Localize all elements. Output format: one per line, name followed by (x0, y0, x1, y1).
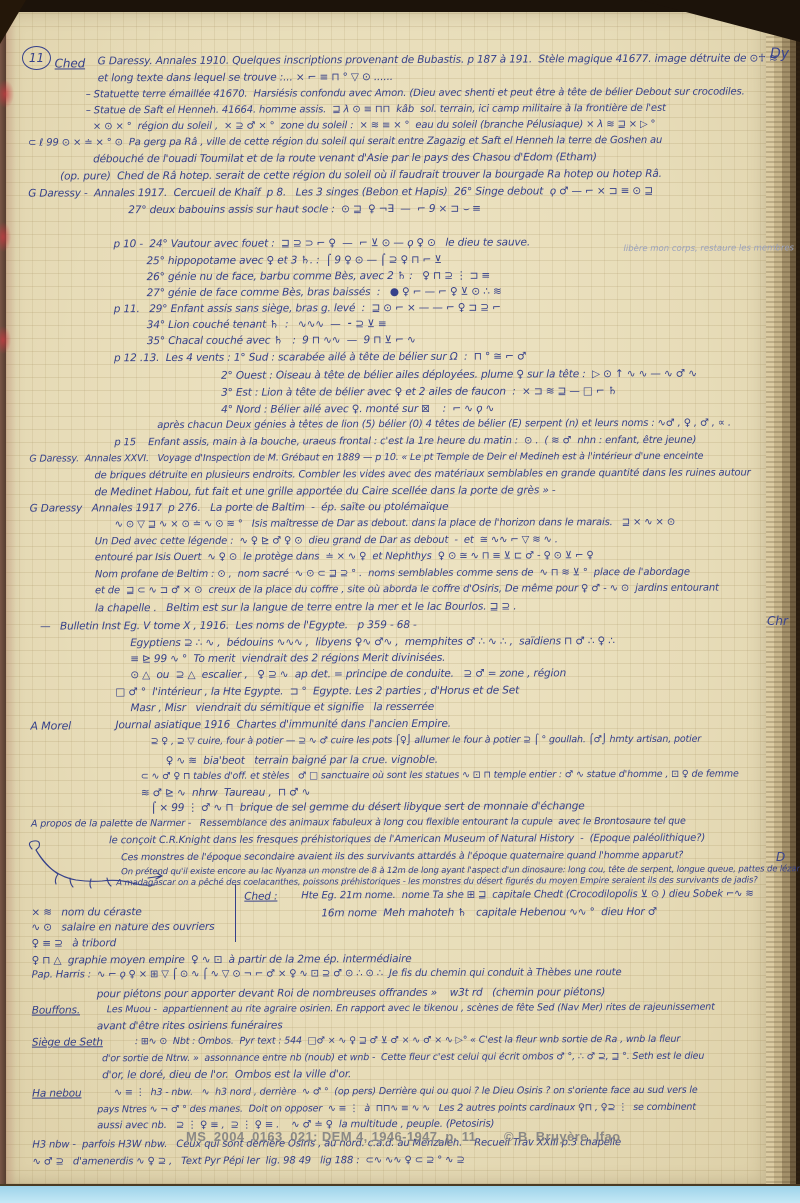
manuscript-line: ∿ ⊙ salaire en nature des ouvriers (31, 922, 214, 934)
manuscript-line: G Daressy - Annales 1917. Cercueil de Kh… (28, 186, 653, 200)
manuscript-line: Les Muou - appartiennent au rite agraire… (107, 1003, 715, 1016)
manuscript-line: Ched (55, 57, 85, 70)
manuscript-line: Un Ded avec cette légende : ∿ ♀ ⊵ ♂ ♀ ⊙ … (95, 535, 558, 548)
manuscript-line: ⊇ ♀ , ⊇ ▽ cuire, four à potier — ⊇ ∿ ♂ c… (151, 735, 701, 747)
manuscript-line: entouré par Isis Ouert ∿ ♀ ⊙ le protège … (95, 551, 594, 564)
manuscript-line: Egyptiens ⊇ ∴ ∿ , bédouins ∿∿∿ , libyens… (130, 636, 615, 649)
manuscript-line: la chapelle . Beltim est sur la langue d… (95, 601, 516, 614)
dinosaur-sketch (22, 840, 172, 892)
manuscript-line: Nom profane de Beltim : ⊙ , nom sacré ∿ … (95, 568, 690, 581)
manuscript-line: ≡ ⊵ 99 ∿ ° To merit viendrait des 2 régi… (130, 653, 445, 665)
manuscript-line: 25° hippopotame avec ♀ et 3 ♄. : ⌠ 9 ♀ ⊙… (146, 255, 441, 267)
manuscript-line: □ ♂ ° l'intérieur , la Hte Egypte. ⊐ ° E… (115, 685, 519, 698)
manuscript-line: Ces monstres de l'époque secondaire avai… (121, 851, 683, 863)
manuscript-line: débouché de l'ouadi Toumilat et de la ro… (93, 152, 597, 165)
manuscript-line: Ched : (244, 892, 277, 903)
watermark-id: MS_2004_0163_021: DEM 4, 1946-1947, p. 1… (186, 1129, 476, 1144)
edge-tab-dy: Dy (770, 46, 789, 62)
manuscript-line: Ha nebou (32, 1088, 81, 1099)
manuscript-line: p 15 Enfant assis, main à la bouche, ura… (114, 436, 696, 449)
manuscript-line: d'or, le doré, dieu de l'or. Ombos est l… (102, 1069, 351, 1081)
manuscript-line: G Daressy. Annales 1910. Quelques inscri… (98, 53, 778, 67)
manuscript-line: Siège de Seth (32, 1037, 103, 1048)
manuscript-line: 26° génie nu de face, barbu comme Bès, a… (147, 271, 491, 284)
manuscript-line: ♀ ∿ ≋ bia'beot terrain baigné par la cru… (166, 755, 438, 767)
manuscript-line: Hte Eg. 21m nome. nome Ta she ⊞ ⊒ capita… (301, 889, 753, 901)
manuscript-line: ∿ ♂ ⊇ d'amenerdis ∿ ♀ ⊇ , Text Pyr Pépi … (32, 1156, 464, 1168)
edge-tab-chr: Chr (767, 614, 788, 628)
manuscript-line: × ≋ nom du céraste (31, 907, 141, 918)
manuscript-line: × ⊙ × ° région du soleil , × ⊇ ♂ × ° zon… (93, 120, 656, 133)
scanned-notebook-photo: { "page": { "number": "11" }, "edge_tabs… (0, 0, 800, 1203)
manuscript-line: de briques détruite en plusieurs endroit… (94, 468, 750, 481)
manuscript-line: 2° Ouest : Oiseau à tête de bélier ailes… (221, 369, 697, 382)
manuscript-line: : ⊞∿ ⊙ Nbt : Ombos. Pyr text : 544 □♂ × … (135, 1035, 680, 1047)
manuscript-line: (op. pure) Ched de Râ hotep. serait de c… (60, 169, 662, 183)
manuscript-line: 16m nome Meh mahoteh ♄ capitale Hebenou … (321, 907, 657, 919)
manuscript-line: G Daressy Annales 1917 p 276. La porte d… (30, 502, 449, 515)
manuscript-line: A madagascar on a pêché des coelacanthes… (116, 876, 757, 888)
manuscript-line: ∿ ≡ ⋮ h3 - nbw. ∿ h3 nord , derrière ∿ ♂… (114, 1086, 697, 1099)
manuscript-lines: ChedG Daressy. Annales 1910. Quelques in… (0, 0, 800, 1203)
manuscript-line: – Statuette terre émaillée 41670. Harsié… (86, 87, 745, 100)
manuscript-line: A Morel (31, 720, 72, 732)
manuscript-line: ⊂ ℓ 99 ⊙ × ≐ × ° ⊙ Pa gerg pa Râ , ville… (28, 136, 662, 149)
manuscript-line: 3° Est : Lion à tête de bélier avec ♀ et… (221, 386, 617, 399)
manuscript-line: — Bulletin Inst Eg. V tome X , 1916. Les… (40, 620, 417, 633)
manuscript-line: 34° Lion couché tenant ♄ : ∿∿∿ — ⁃ ⊇ ⊻ ≡ (147, 319, 387, 331)
manuscript-line: ⌠ × 99 ⋮ ♂ ∿ ⊓ brique de sel gemme du dé… (151, 801, 585, 814)
manuscript-line: et de ⊒ ⊂ ∿ ⊐ ♂ × ⊙ creux de la place du… (95, 584, 719, 597)
manuscript-line: Pap. Harris : ∿ ⌐ ϙ ♀ × ⊞ ▽ ⌠ ⊙ ∿ ⌠ ∿ ▽ … (32, 968, 622, 981)
manuscript-line: p 10 - 24° Vautour avec fouet : ⊒ ⊇ ⊃ ⌐ … (113, 237, 530, 250)
manuscript-line: ♀ ≡ ⊇ à tribord (31, 938, 116, 949)
manuscript-line: 27° deux babouins assis sur haut socle :… (128, 204, 481, 217)
manuscript-line: G Daressy. Annales XXVI. Voyage d'Inspec… (29, 452, 703, 465)
manuscript-line: Masr , Misr viendrait du sémitique et si… (130, 702, 434, 714)
manuscript-line: A propos de la palette de Narmer - Resse… (31, 817, 686, 830)
manuscript-line: 35° Chacal couché avec ♄ : 9 ⊓ ∿∿ — 9 ⊓ … (147, 335, 416, 347)
manuscript-line: ∿ ⊙ ▽ ⊒ ∿ × ⊙ ≐ ∿ ⊙ ≋ ° Isis maîtresse d… (115, 518, 675, 531)
manuscript-line: libère mon corps, restaure les membres (623, 244, 794, 254)
ink-divider-line (235, 884, 236, 942)
manuscript-line: ⊂ ∿ ♂ ♀ ⊓ tables d'off. et stèles ♂ □ sa… (141, 770, 739, 783)
manuscript-line: ♀ ⊓ △ graphie moyen empire ♀ ∿ ⊡ à parti… (32, 954, 412, 967)
manuscript-line: d'or sortie de Ntrw. » assonnance entre … (102, 1052, 704, 1065)
manuscript-line: pays Ntres ∿ ¬ ♂ ° des manes. Doit on op… (97, 1103, 696, 1116)
watermark-credit: © B. Bruyère, Ifao (504, 1129, 620, 1144)
manuscript-line: 4° Nord : Bélier ailé avec ♀. monté sur … (221, 404, 494, 416)
manuscript-line: Bouffons. (32, 1005, 80, 1016)
manuscript-line: de Medinet Habou, fut fait et une grille… (94, 485, 555, 498)
manuscript-line: 27° génie de face comme Bès, bras baissé… (147, 287, 502, 300)
manuscript-line: avant d'être rites osiriens funéraires (97, 1021, 283, 1033)
manuscript-line: ≋ ♂ ⊵ ∿ nhrw Taureau , ⊓ ♂ ∿ (141, 787, 310, 799)
manuscript-line: p 11. 29° Enfant assis sans siège, bras … (114, 303, 501, 316)
manuscript-line: – Statue de Saft el Henneh. 41664. homme… (86, 104, 666, 117)
manuscript-line: après chacun Deux génies à têtes de lion… (157, 419, 731, 432)
manuscript-line: Journal asiatique 1916 Chartes d'immunit… (116, 719, 451, 731)
edge-tab-d: D (776, 850, 785, 864)
scanner-strip (0, 1184, 800, 1203)
manuscript-line: p 12 .13. Les 4 vents : 1° Sud : scarabé… (114, 351, 526, 364)
manuscript-line: le conçoit C.R.Knight dans les fresques … (109, 834, 705, 847)
manuscript-line: ⊙ △ ou ⊇ △ escalier , ♀ ⊇ ∿ ap det. = pr… (130, 668, 566, 681)
manuscript-line: et long texte dans lequel se trouve :...… (98, 72, 393, 84)
manuscript-line: pour piétons pour apporter devant Roi de… (97, 987, 606, 1000)
